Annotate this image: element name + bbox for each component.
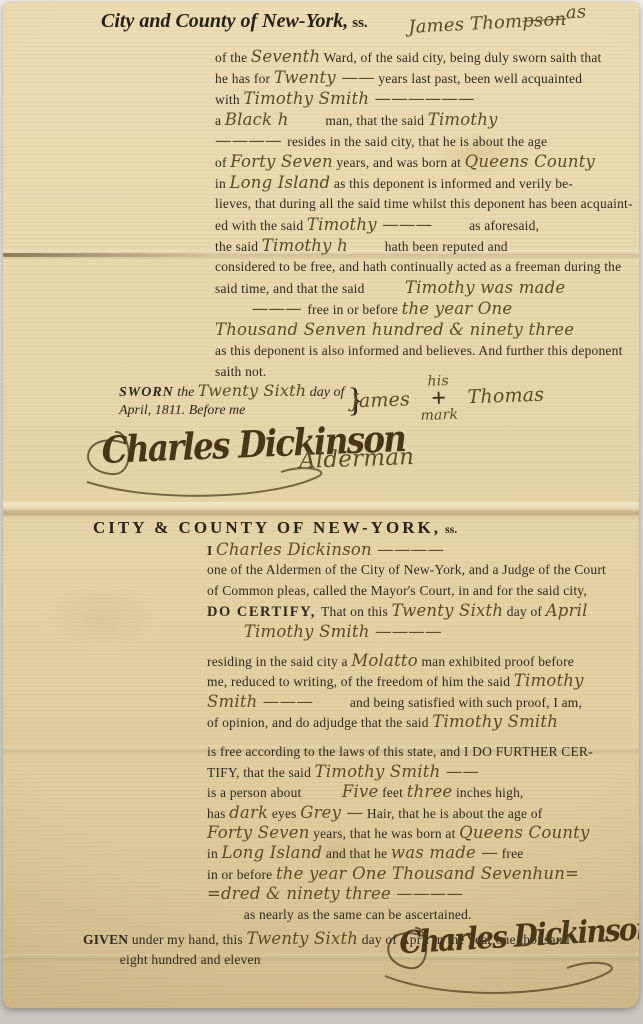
handwritten-text: April bbox=[546, 601, 588, 620]
handwritten-text: Timothy was made bbox=[405, 278, 565, 297]
handwritten-text: Five bbox=[342, 782, 379, 801]
doc-line: one of the Aldermen of the City of New-Y… bbox=[207, 560, 606, 580]
sworn-lines: SWORN the Twenty Sixth day of April, 181… bbox=[119, 382, 344, 420]
printed-text: hath been reputed and bbox=[385, 239, 508, 254]
printed-text: inches high, bbox=[452, 785, 523, 800]
alderman-signature-bottom: Charles Dickinson bbox=[385, 918, 639, 954]
printed-text: DO CERTIFY, bbox=[207, 604, 321, 620]
doc-line: he has for Twenty —— years last past, be… bbox=[215, 67, 633, 88]
handwritten-text: Twenty —— bbox=[274, 68, 375, 87]
doc-line: Timothy Smith ———— bbox=[207, 622, 606, 642]
doc-line: residing in the said city a Molatto man … bbox=[207, 651, 606, 671]
handwritten-text: Forty Seven bbox=[207, 823, 310, 842]
printed-text: feet bbox=[379, 785, 407, 800]
printed-text: in bbox=[215, 176, 229, 191]
sworn-day-handwritten: Twenty Sixth bbox=[198, 381, 306, 400]
sworn-block: SWORN the Twenty Sixth day of April, 181… bbox=[119, 382, 364, 420]
doc-line: ——— free in or before the year One bbox=[215, 298, 633, 319]
deponent-signature: James Thompsonas bbox=[407, 2, 587, 38]
handwritten-text: Timothy ——— bbox=[307, 215, 432, 234]
doc-line: said time, and that the said Timothy was… bbox=[215, 277, 633, 298]
doc-line: Smith ———and being satisfied with such p… bbox=[207, 692, 606, 712]
printed-text: lieves, that during all the said time wh… bbox=[215, 196, 633, 211]
printed-text: saith not. bbox=[215, 364, 267, 379]
section2-title-text: CITY & COUNTY OF NEW-YORK, bbox=[93, 518, 441, 537]
handwritten-text: Queens County bbox=[465, 152, 595, 171]
doc-line: of Common pleas, called the Mayor's Cour… bbox=[207, 581, 606, 601]
handwritten-text: Smith ——— bbox=[207, 692, 313, 711]
printed-text: free in or before bbox=[307, 302, 401, 317]
printed-text: is a person about bbox=[207, 785, 305, 800]
doc-line: =dred & ninety three ———— bbox=[207, 884, 606, 904]
handwritten-text: the year One bbox=[402, 299, 513, 318]
document-paper: City and County of New-York, ss. James T… bbox=[3, 2, 639, 1008]
printed-text: GIVEN bbox=[83, 932, 128, 947]
handwritten-text: Twenty Sixth bbox=[246, 929, 358, 948]
doc-line: of the Seventh Ward, of the said city, b… bbox=[215, 46, 633, 67]
printed-text: TIFY, that the said bbox=[207, 765, 315, 780]
handwritten-text: ———— bbox=[215, 131, 287, 150]
doc-line: lieves, that during all the said time wh… bbox=[215, 193, 633, 214]
handwritten-text: Black h bbox=[225, 110, 289, 129]
printed-text: me, reduced to writing, of the freedom o… bbox=[207, 674, 514, 689]
doc-line: with Timothy Smith —————— bbox=[215, 88, 633, 109]
printed-text: in bbox=[207, 846, 221, 861]
sworn-word: SWORN bbox=[119, 385, 174, 400]
printed-text: the said bbox=[215, 239, 262, 254]
handwritten-text: Timothy h bbox=[262, 236, 348, 255]
doc-line: me, reduced to writing, of the freedom o… bbox=[207, 671, 606, 691]
cross-mark-icon: + bbox=[431, 388, 447, 409]
handwritten-text: ——— bbox=[252, 299, 308, 318]
printed-text: is free according to the laws of this st… bbox=[207, 744, 593, 759]
handwritten-text: Molatto bbox=[351, 651, 418, 670]
doc-line: TIFY, that the said Timothy Smith —— bbox=[207, 762, 606, 782]
sworn-line-2: April, 1811. Before me bbox=[119, 402, 344, 420]
handwritten-text: Forty Seven bbox=[230, 152, 333, 171]
section2-body: I Charles Dickinson ————one of the Alder… bbox=[207, 540, 606, 925]
handwritten-text: Timothy bbox=[514, 671, 584, 690]
section2-title: CITY & COUNTY OF NEW-YORK, ss. bbox=[93, 518, 457, 538]
doc-line: in Long Island and that he was made — fr… bbox=[207, 843, 606, 863]
printed-text: of bbox=[215, 155, 230, 170]
deponent-name-struck: pson bbox=[522, 9, 567, 32]
mark-name-right: Thomas bbox=[467, 384, 544, 409]
section1-body: of the Seventh Ward, of the said city, b… bbox=[215, 46, 633, 382]
handwritten-text: Timothy Smith —— bbox=[315, 762, 480, 781]
doc-line: is a person about Five feet three inches… bbox=[207, 782, 606, 802]
printed-text: as aforesaid, bbox=[469, 218, 539, 233]
printed-text: of opinion, and do adjudge that the said bbox=[207, 715, 432, 730]
printed-text: Hair, that he is about the age of bbox=[363, 806, 542, 821]
doc-line bbox=[207, 642, 606, 651]
handwritten-text: Long Island bbox=[221, 843, 322, 862]
doc-line: has dark eyes Grey — Hair, that he is ab… bbox=[207, 803, 606, 823]
doc-line: ed with the said Timothy ———as aforesaid… bbox=[215, 214, 633, 235]
printed-text: That on this bbox=[321, 604, 391, 619]
section2-title-ss: ss. bbox=[445, 522, 457, 536]
printed-text: eyes bbox=[268, 806, 300, 821]
handwritten-text: Timothy Smith —————— bbox=[243, 89, 474, 108]
handwritten-text: Twenty Sixth bbox=[392, 601, 504, 620]
printed-text: considered to be free, and hath continua… bbox=[215, 259, 621, 274]
printed-text: he has for bbox=[215, 71, 274, 86]
mark-mark-label: mark bbox=[420, 408, 458, 423]
fold-crease bbox=[3, 502, 639, 518]
handwritten-text: Seventh bbox=[251, 47, 320, 66]
doc-line: DO CERTIFY, That on this Twenty Sixth da… bbox=[207, 601, 606, 621]
handwritten-text: three bbox=[407, 782, 453, 801]
printed-text: years, that he was born at bbox=[310, 826, 460, 841]
sworn-tail: day of bbox=[306, 385, 344, 400]
handwritten-text: Timothy bbox=[428, 110, 498, 129]
printed-text: years last past, been well acquainted bbox=[375, 71, 582, 86]
printed-text: under my hand, this bbox=[128, 932, 246, 947]
printed-text: man, that the said bbox=[325, 113, 427, 128]
handwritten-text: was made — bbox=[391, 843, 498, 862]
deponent-name-superscript: as bbox=[565, 2, 586, 23]
printed-text: Ward, of the said city, being duly sworn… bbox=[320, 50, 601, 65]
doc-line: in Long Island as this deponent is infor… bbox=[215, 172, 633, 193]
printed-text: years, and was born at bbox=[333, 155, 465, 170]
printed-text: man exhibited proof before bbox=[418, 654, 574, 669]
doc-line: considered to be free, and hath continua… bbox=[215, 256, 633, 277]
doc-line: I Charles Dickinson ———— bbox=[207, 540, 606, 560]
doc-line: Forty Seven years, that he was born at Q… bbox=[207, 823, 606, 843]
printed-text: resides in the said city, that he is abo… bbox=[287, 134, 547, 149]
doc-line: the said Timothy hhath been reputed and bbox=[215, 235, 633, 256]
handwritten-text: Timothy Smith bbox=[432, 712, 558, 731]
printed-text: said time, and that the said bbox=[215, 281, 368, 296]
alderman-title: Alderman bbox=[299, 444, 415, 474]
section1-title-ss: ss. bbox=[352, 15, 367, 31]
printed-text: ed with the said bbox=[215, 218, 307, 233]
printed-text: residing in the said city a bbox=[207, 654, 351, 669]
handwritten-text: Long Island bbox=[229, 173, 330, 192]
doc-line: ———— resides in the said city, that he i… bbox=[215, 130, 633, 151]
section1-title-text: City and County of New-York, bbox=[101, 10, 348, 32]
handwritten-text: =dred & ninety three ———— bbox=[207, 884, 463, 903]
deponent-name-pre: James Thom bbox=[408, 11, 523, 38]
printed-text: as this deponent is informed and verily … bbox=[330, 176, 573, 191]
doc-line: a Black hman, that the said Timothy bbox=[215, 109, 633, 130]
handwritten-text: Grey — bbox=[300, 803, 363, 822]
doc-line bbox=[207, 733, 606, 742]
doc-line: in or before the year One Thousand Seven… bbox=[207, 864, 606, 884]
printed-text: as this deponent is also informed and be… bbox=[215, 343, 623, 358]
printed-text: free bbox=[498, 846, 523, 861]
handwritten-text: the year One Thousand Sevenhun= bbox=[276, 864, 579, 883]
printed-text: eight hundred and eleven bbox=[120, 952, 261, 967]
handwritten-text: Queens County bbox=[459, 823, 589, 842]
handwritten-text: Timothy Smith ———— bbox=[244, 622, 442, 641]
paper-stain bbox=[43, 582, 163, 652]
printed-text: and that he bbox=[322, 846, 391, 861]
sworn-line-1: SWORN the Twenty Sixth day of bbox=[119, 382, 344, 402]
printed-text: with bbox=[215, 92, 243, 107]
handwritten-text: dark bbox=[229, 803, 268, 822]
doc-line: of Forty Seven years, and was born at Qu… bbox=[215, 151, 633, 172]
doc-line: Thousand Senven hundred & ninety three bbox=[215, 319, 633, 340]
doc-line: as this deponent is also informed and be… bbox=[215, 340, 633, 361]
fold-crease bbox=[3, 253, 213, 257]
printed-text: and being satisfied with such proof, I a… bbox=[350, 695, 582, 710]
doc-line: is free according to the laws of this st… bbox=[207, 742, 606, 762]
section1-title: City and County of New-York, ss. bbox=[101, 10, 368, 33]
mark-name-left: James bbox=[351, 388, 411, 412]
printed-text: one of the Aldermen of the City of New-Y… bbox=[207, 562, 606, 577]
printed-text: has bbox=[207, 806, 229, 821]
printed-text: in or before bbox=[207, 867, 276, 882]
printed-text: day of bbox=[503, 604, 545, 619]
sworn-mid: the bbox=[174, 385, 198, 400]
printed-text: of Common pleas, called the Mayor's Cour… bbox=[207, 583, 587, 598]
mark-cross-column: his + mark bbox=[419, 374, 458, 423]
handwritten-text: Thousand Senven hundred & ninety three bbox=[215, 320, 574, 339]
printed-text: I bbox=[207, 543, 216, 558]
alderman-title-text: Alderman bbox=[299, 444, 415, 474]
printed-text: a bbox=[215, 113, 225, 128]
printed-text: of the bbox=[215, 50, 251, 65]
doc-line: of opinion, and do adjudge that the said… bbox=[207, 712, 606, 732]
signature-name: Charles Dickinson bbox=[398, 911, 639, 962]
document-photo: { "colors":{"paper":"#e6d5aa","printed_i… bbox=[0, 0, 643, 1024]
handwritten-text: Charles Dickinson ———— bbox=[216, 540, 444, 559]
